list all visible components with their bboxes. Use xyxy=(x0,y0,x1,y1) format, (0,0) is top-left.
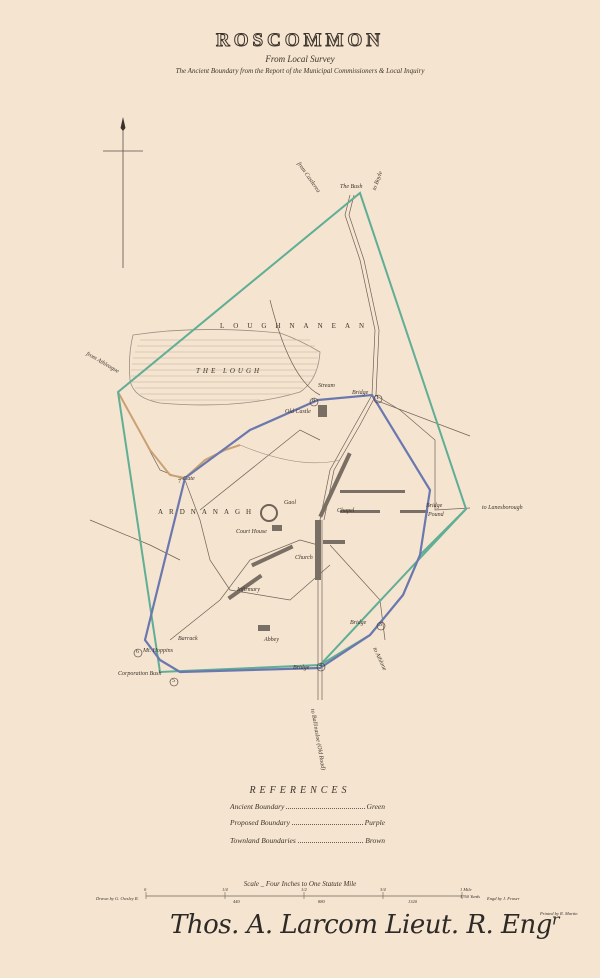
marker-6: 6 xyxy=(136,649,139,655)
scale-tick-half: 1/2 xyxy=(301,887,307,892)
label-pound: Pound xyxy=(428,512,444,518)
scale-yards-440: 440 xyxy=(233,899,240,904)
ancient-boundary xyxy=(118,193,466,672)
scale-tick-mile: 1 Mile xyxy=(460,887,472,892)
drawn-by: Drawn by G. Owsley R. xyxy=(96,896,139,901)
label-church: Church xyxy=(295,555,313,561)
label-stream: Stream xyxy=(318,383,335,389)
signature: Thos. A. Larcom Lieut. R. Engʳ xyxy=(170,910,560,940)
label-bridge-north: Bridge xyxy=(352,390,368,396)
label-infirmary: Infirmary xyxy=(237,587,260,593)
scale-tick-0: 0 xyxy=(144,887,146,892)
scale-yards-880: 880 xyxy=(318,899,325,904)
references-title: REFERENCES xyxy=(0,785,600,796)
label-ardnanagh: ARDNANAGH xyxy=(158,508,257,516)
marker-4: 4 xyxy=(319,663,322,669)
marker-8: 8 xyxy=(312,398,315,404)
label-mt-hoppins: Mt. Hoppins xyxy=(143,648,173,654)
label-gaol: Gaol xyxy=(284,500,296,506)
scale-title: Scale _ Four Inches to One Statute Mile xyxy=(0,880,600,888)
marker-7: 7 xyxy=(178,479,181,485)
marker-3: 3 xyxy=(379,622,382,628)
scale-yards-1320: 1320 xyxy=(408,899,417,904)
old-castle-building xyxy=(318,405,327,417)
label-chapel: Chapel xyxy=(337,508,354,514)
label-bridge-south: Bridge xyxy=(293,665,309,671)
label-the-bush: The Bush xyxy=(340,184,363,190)
reference-townland-boundaries: Townland BoundariesBrown xyxy=(230,836,385,845)
roads xyxy=(90,195,470,700)
label-corporation-bush: Corporation Bush xyxy=(118,671,162,677)
map-drawing xyxy=(0,0,600,978)
label-barrack: Barrack xyxy=(178,636,198,642)
label-bridge-se: Bridge xyxy=(350,620,366,626)
label-bridge-east: Bridge xyxy=(426,503,442,509)
proposed-boundary xyxy=(145,395,430,672)
north-arrow-icon xyxy=(103,117,143,268)
reference-proposed-boundary: Proposed BoundaryPurple xyxy=(230,818,385,827)
label-old-castle: Old Castle xyxy=(285,409,311,415)
scale-yards-1760: 1760 Yards xyxy=(460,894,480,899)
marker-5: 5 xyxy=(172,678,175,684)
label-abbey: Abbey xyxy=(264,637,279,643)
scale-tick-quarter: 1/4 xyxy=(222,887,228,892)
reference-ancient-boundary: Ancient BoundaryGreen xyxy=(230,802,385,811)
label-loughnanean: LOUGHNANEAN xyxy=(220,322,373,330)
label-gate: Gate xyxy=(183,476,195,482)
scale-tick-three-quarter: 3/4 xyxy=(380,887,386,892)
engraved-by: Engd by J. Fraser xyxy=(487,896,520,901)
label-court-house: Court House xyxy=(236,529,267,535)
label-the-lough: THE LOUGH xyxy=(196,367,262,375)
marker-1: 1 xyxy=(376,395,379,401)
label-to-lanesborough: to Lanesborough xyxy=(482,505,523,511)
